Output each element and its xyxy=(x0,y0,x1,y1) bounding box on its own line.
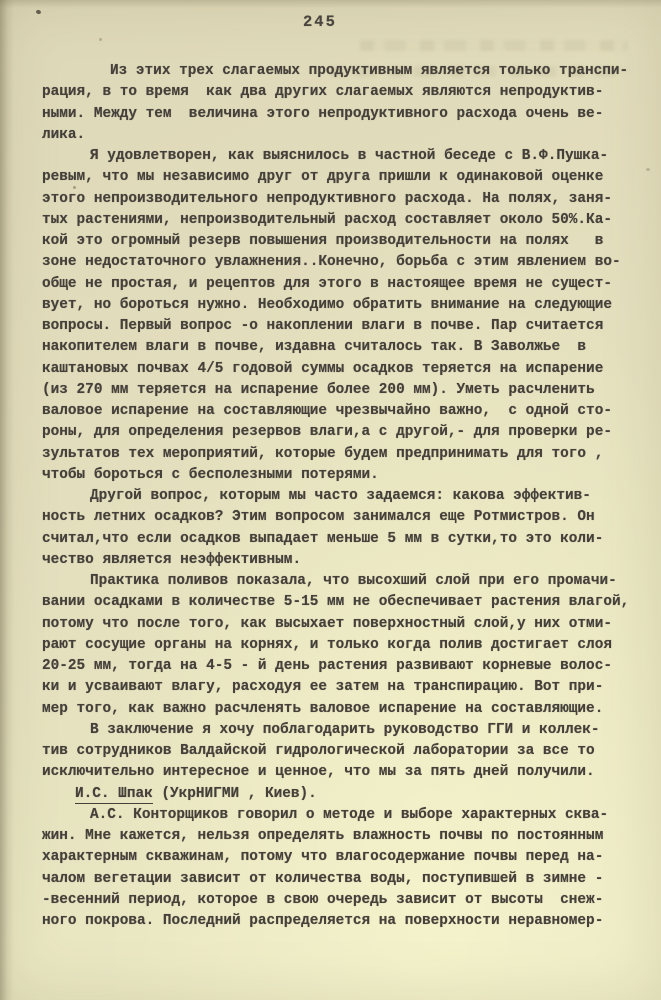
text-body: Из этих трех слагаемых продуктивным явля… xyxy=(42,61,642,932)
text-line: вопросы. Первый вопрос -о накоплении вла… xyxy=(42,316,642,337)
text-line: В заключение я хочу поблагодарить руково… xyxy=(42,720,642,741)
text-line: мер того, как важно расчленять валовое и… xyxy=(42,699,642,720)
text-line: чество является неэффективным. xyxy=(42,550,642,571)
paragraph: В заключение я хочу поблагодарить руково… xyxy=(42,720,642,784)
text-line: рают сосущие органы на корнях, и только … xyxy=(42,635,642,656)
text-line: чтобы бороться с бесполезными потерями. xyxy=(42,465,642,486)
text-line: тых растениями, непроизводительный расхо… xyxy=(42,210,642,231)
text-line: И.С. Шпак (УкрНИГМИ , Киев). xyxy=(42,784,642,805)
paragraph: Из этих трех слагаемых продуктивным явля… xyxy=(42,61,642,146)
text-line: ки и усваивают влагу, расходуя ее затем … xyxy=(42,677,642,698)
text-line: 20-25 мм, тогда на 4-5 - й день растения… xyxy=(42,656,642,677)
text-line: ность летних осадков? Этим вопросом зани… xyxy=(42,507,642,528)
paragraph: Другой вопрос, которым мы часто задаемся… xyxy=(42,486,642,571)
text-line: лика. xyxy=(42,125,642,146)
paragraph: Я удовлетворен, как выяснилось в частной… xyxy=(42,146,642,486)
text-line: рация, в то время как два других слагаем… xyxy=(42,82,642,103)
text-line: зоне недостаточного увлажнения..Конечно,… xyxy=(42,252,642,273)
text-line: Я удовлетворен, как выяснилось в частной… xyxy=(42,146,642,167)
scan-edge-shadow xyxy=(0,0,14,1000)
text-line: вует, но бороться нужно. Необходимо обра… xyxy=(42,295,642,316)
speaker-affiliation: (УкрНИГМИ , Киев). xyxy=(153,786,317,802)
text-line: -весенний период, которое в свою очередь… xyxy=(42,890,642,911)
document-page: 245 Из этих трех слагаемых продуктивным … xyxy=(0,0,661,1000)
text-line: зультатов тех мероприятий, которые будем… xyxy=(42,444,642,465)
text-line: исключительно интересное и ценное, что м… xyxy=(42,762,642,783)
ink-speck xyxy=(646,168,650,171)
text-line: вании осадками в количестве 5-15 мм не о… xyxy=(42,592,642,613)
text-line: характерным скважинам, потому что влагос… xyxy=(42,847,642,868)
ink-speck xyxy=(35,9,41,14)
text-line: этого непроизводительного непродуктивног… xyxy=(42,189,642,210)
text-line: валовое испарение на составляющие чрезвы… xyxy=(42,401,642,422)
scan-edge-shadow-top xyxy=(0,0,661,8)
paragraph: Практика поливов показала, что высохший … xyxy=(42,571,642,720)
text-line: ного покрова. Последний распределяется н… xyxy=(42,911,642,932)
text-line: каштановых почвах 4/5 годовой суммы осад… xyxy=(42,359,642,380)
text-line: тив сотрудников Валдайской гидрологическ… xyxy=(42,741,642,762)
text-line: ными. Между тем величина этого непродукт… xyxy=(42,104,642,125)
text-line: считал,что если осадков выпадает меньше … xyxy=(42,529,642,550)
text-line: Из этих трех слагаемых продуктивным явля… xyxy=(42,61,642,82)
text-line: чалом вегетации зависит от количества во… xyxy=(42,869,642,890)
speaker-name: И.С. Шпак xyxy=(75,786,153,804)
speaker-paragraph: И.С. Шпак (УкрНИГМИ , Киев). xyxy=(42,784,642,805)
text-line: Практика поливов показала, что высохший … xyxy=(42,571,642,592)
ink-speck xyxy=(99,38,102,41)
text-line: А.С. Конторщиков говорил о методе и выбо… xyxy=(42,805,642,826)
bleed-through-marks xyxy=(360,40,628,51)
paragraph: А.С. Конторщиков говорил о методе и выбо… xyxy=(42,805,642,933)
text-line: ревым, что мы независимо друг от друга п… xyxy=(42,167,642,188)
text-line: (из 270 мм теряется на испарение более 2… xyxy=(42,380,642,401)
text-line: жин. Мне кажется, нельзя определять влаж… xyxy=(42,826,642,847)
text-line: кой это огромный резерв повышения произв… xyxy=(42,231,642,252)
text-line: потому что после того, как высыхает пове… xyxy=(42,614,642,635)
page-number: 245 xyxy=(303,13,337,31)
text-line: накопителем влаги в почве, издавна счита… xyxy=(42,337,642,358)
text-line: Другой вопрос, которым мы часто задаемся… xyxy=(42,486,642,507)
text-line: роны, для определения резервов влаги,а с… xyxy=(42,422,642,443)
text-line: обще не простая, и рецептов для этого в … xyxy=(42,274,642,295)
